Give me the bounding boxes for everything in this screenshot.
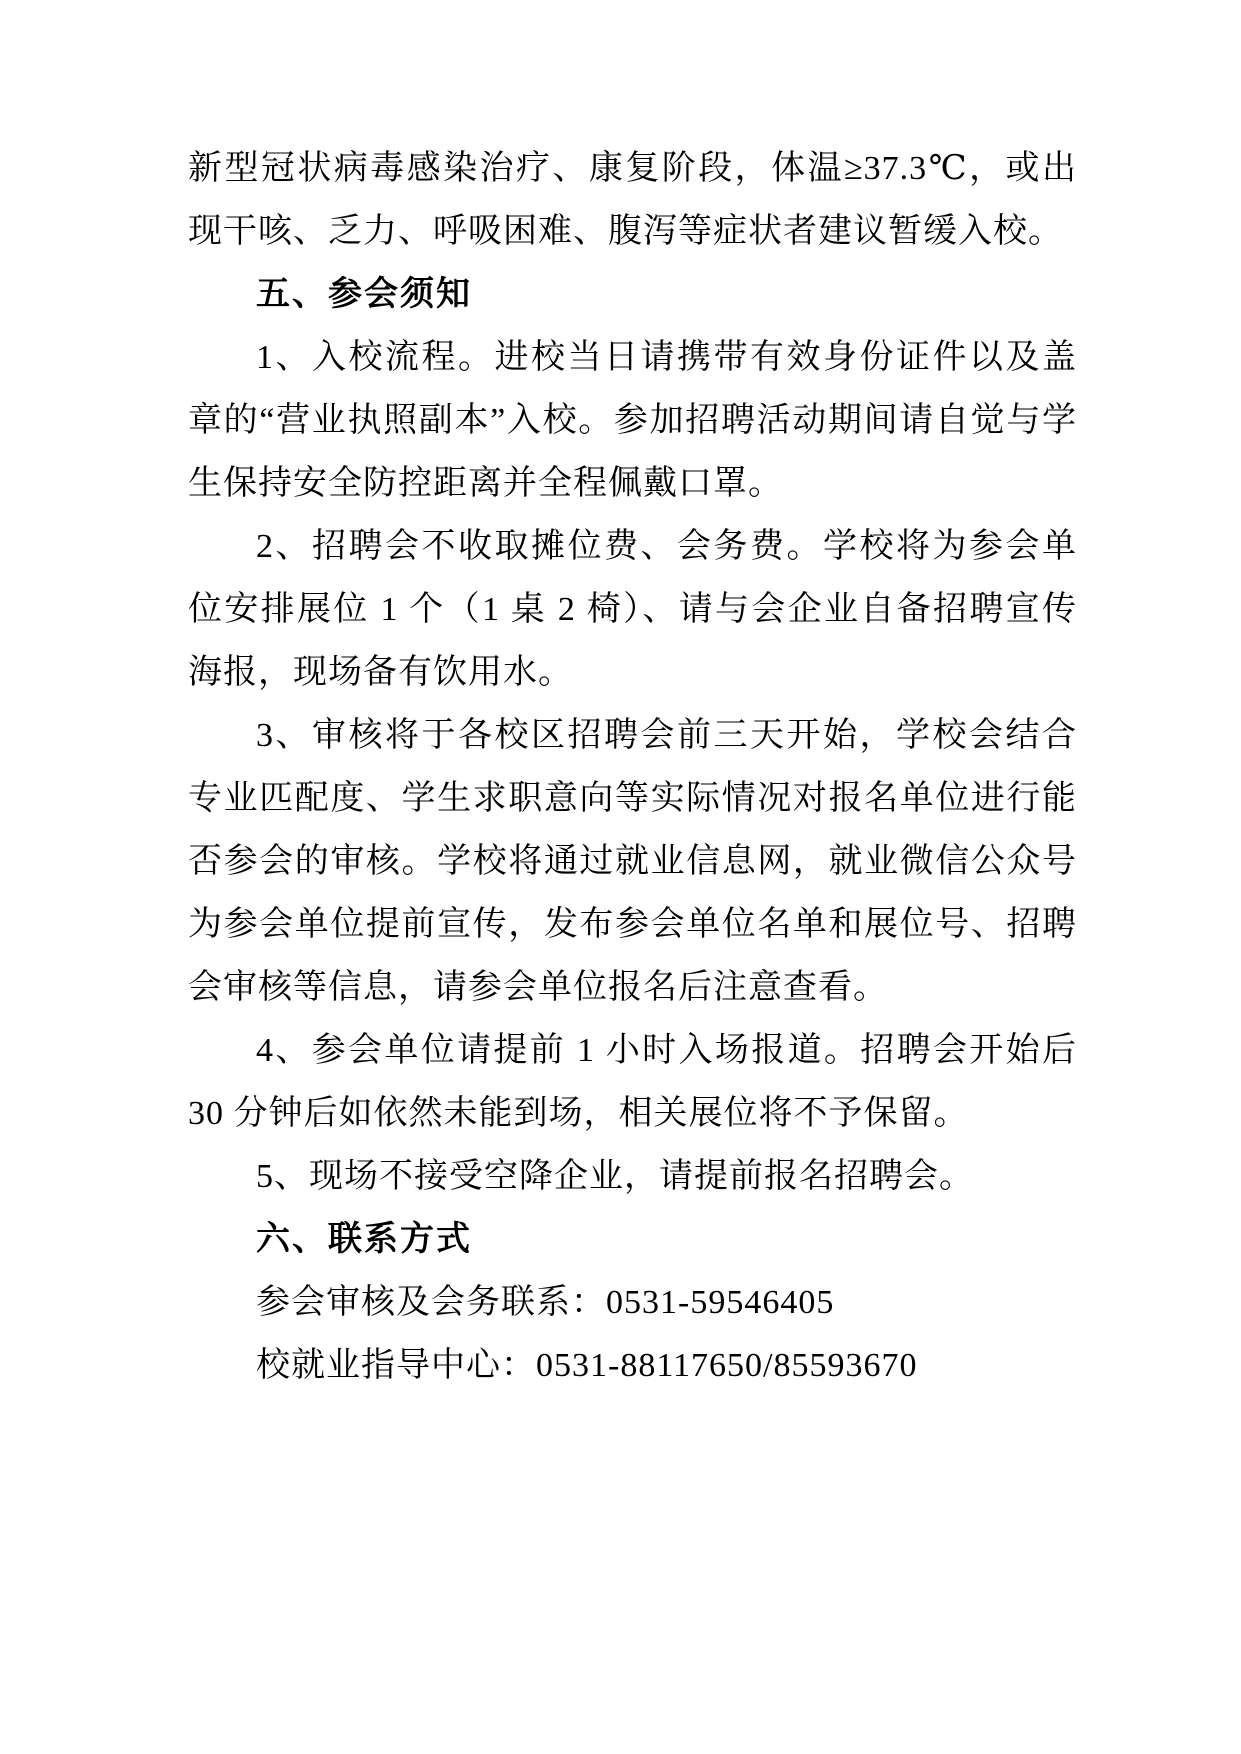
paragraph-note-2-booth-fees: 2、招聘会不收取摊位费、会务费。学校将为参会单位安排展位 1 个（1 桌 2 椅… xyxy=(188,515,1077,704)
section-heading-participation-notes: 五、参会须知 xyxy=(188,263,1077,326)
section-heading-contact-info: 六、联系方式 xyxy=(188,1208,1077,1271)
document-page: 新型冠状病毒感染治疗、康复阶段，体温≥37.3℃，或出现干咳、乏力、呼吸困难、腹… xyxy=(0,0,1241,1754)
paragraph-note-4-checkin-time: 4、参会单位请提前 1 小时入场报道。招聘会开始后 30 分钟后如依然未能到场，… xyxy=(188,1019,1077,1145)
paragraph-covid-health-requirements: 新型冠状病毒感染治疗、康复阶段，体温≥37.3℃，或出现干咳、乏力、呼吸困难、腹… xyxy=(188,137,1077,263)
paragraph-note-3-review-process: 3、审核将于各校区招聘会前三天开始，学校会结合专业匹配度、学生求职意向等实际情况… xyxy=(188,704,1077,1019)
paragraph-note-5-no-walkins: 5、现场不接受空降企业，请提前报名招聘会。 xyxy=(188,1145,1077,1208)
paragraph-note-1-entry-process: 1、入校流程。进校当日请携带有效身份证件以及盖章的“营业执照副本”入校。参加招聘… xyxy=(188,326,1077,515)
contact-line-career-center-phone: 校就业指导中心：0531-88117650/85593670 xyxy=(188,1334,1077,1397)
contact-line-review-phone: 参会审核及会务联系：0531-59546405 xyxy=(188,1271,1077,1334)
